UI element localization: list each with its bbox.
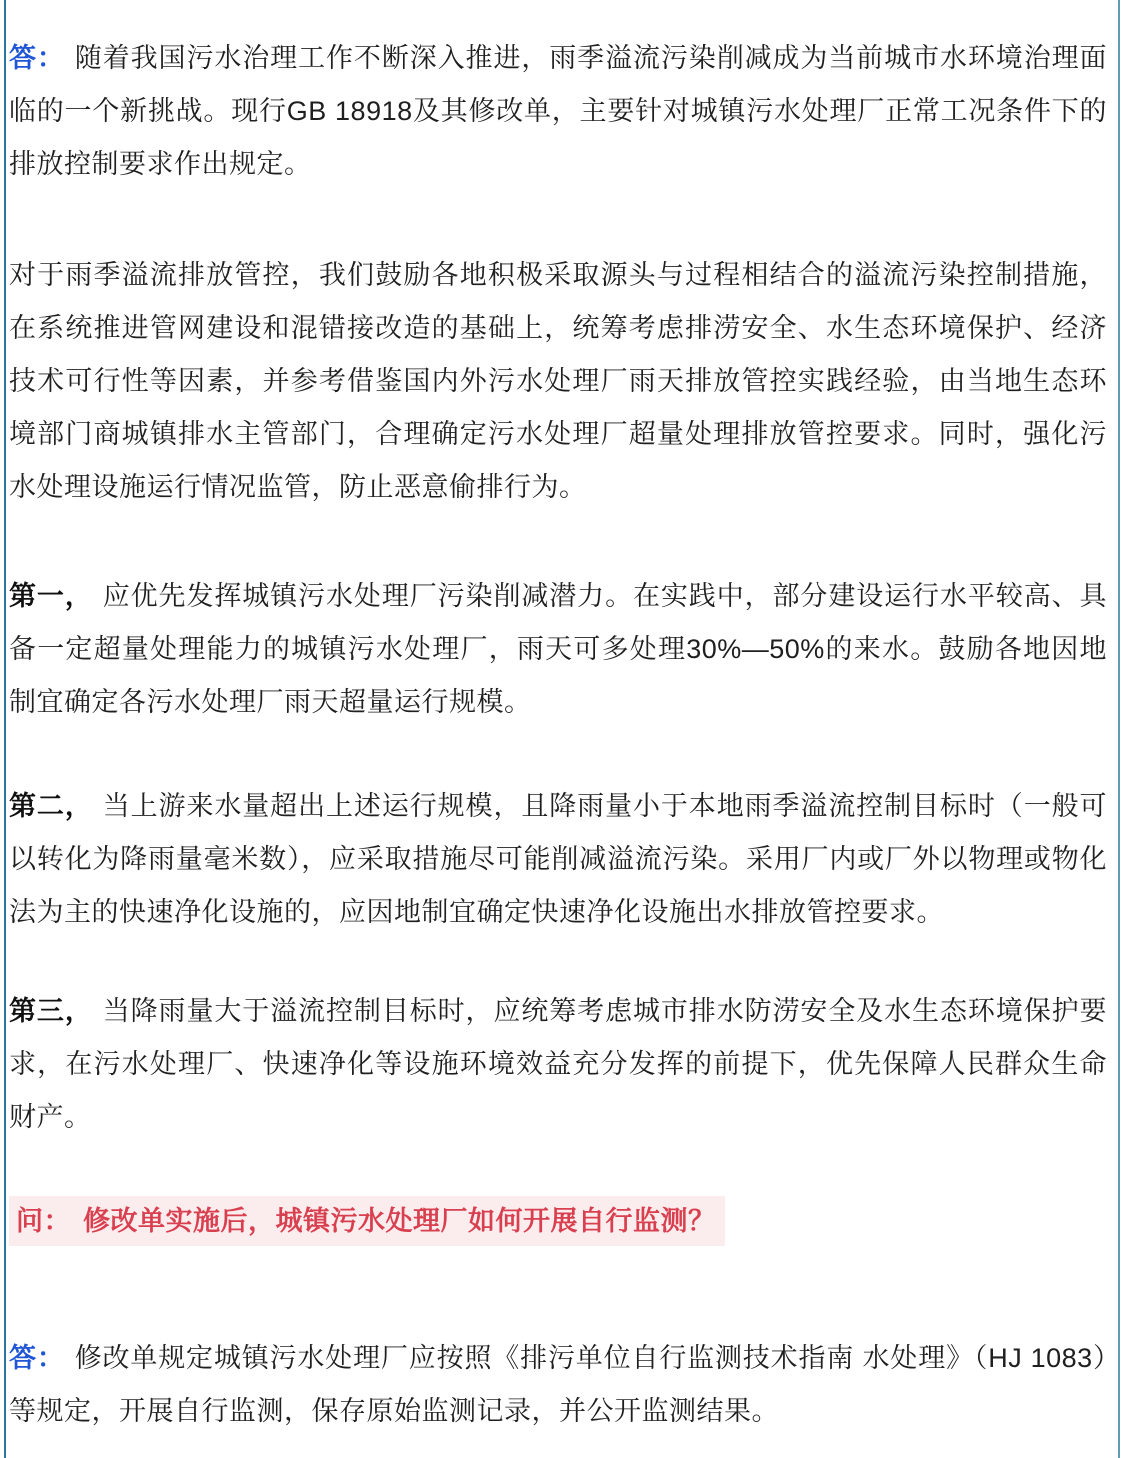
answer-text: 随着我国污水治理工作不断深入推进，雨季溢流污染削减成为当前城市水环境治理面临的一… [9,43,1107,179]
answer-label: 答： [9,43,65,73]
point-text: 应优先发挥城镇污水处理厂污染削减潜力。在实践中，部分建设运行水平较高、具备一定超… [9,581,1107,717]
paragraph-text: 对于雨季溢流排放管控，我们鼓励各地积极采取源头与过程相结合的溢流污染控制措施，在… [9,260,1107,502]
point-label: 第一， [9,581,93,611]
point-label: 第二， [9,791,93,821]
qa-document-page: 答：随着我国污水治理工作不断深入推进，雨季溢流污染削减成为当前城市水环境治理面临… [0,0,1127,1458]
question-highlight: 问：修改单实施后，城镇污水处理厂如何开展自行监测？ [9,1196,725,1246]
point-text: 当降雨量大于溢流控制目标时，应统筹考虑城市排水防涝安全及水生态环境保护要求，在污… [9,996,1107,1132]
answer-paragraph-1: 答：随着我国污水治理工作不断深入推进，雨季溢流污染削减成为当前城市水环境治理面临… [9,32,1107,191]
answer-text: 修改单规定城镇污水处理厂应按照《排污单位自行监测技术指南 水处理》（HJ 108… [9,1343,1107,1426]
question-label: 问： [16,1206,71,1236]
point-label: 第三， [9,996,93,1026]
point-paragraph-1: 第一，应优先发挥城镇污水处理厂污染削减潜力。在实践中，部分建设运行水平较高、具备… [9,570,1107,729]
answer-paragraph-2: 答：修改单规定城镇污水处理厂应按照《排污单位自行监测技术指南 水处理》（HJ 1… [9,1332,1107,1438]
question-paragraph: 问：修改单实施后，城镇污水处理厂如何开展自行监测？ [9,1195,1107,1248]
document-content: 答：随着我国污水治理工作不断深入推进，雨季溢流污染削减成为当前城市水环境治理面临… [0,0,1127,1458]
point-paragraph-3: 第三，当降雨量大于溢流控制目标时，应统筹考虑城市排水防涝安全及水生态环境保护要求… [9,985,1107,1144]
answer-label: 答： [9,1343,65,1373]
body-paragraph: 对于雨季溢流排放管控，我们鼓励各地积极采取源头与过程相结合的溢流污染控制措施，在… [9,249,1107,514]
point-text: 当上游来水量超出上述运行规模，且降雨量小于本地雨季溢流控制目标时（一般可以转化为… [9,791,1107,927]
point-paragraph-2: 第二，当上游来水量超出上述运行规模，且降雨量小于本地雨季溢流控制目标时（一般可以… [9,780,1107,939]
question-text: 修改单实施后，城镇污水处理厂如何开展自行监测？ [83,1206,716,1236]
